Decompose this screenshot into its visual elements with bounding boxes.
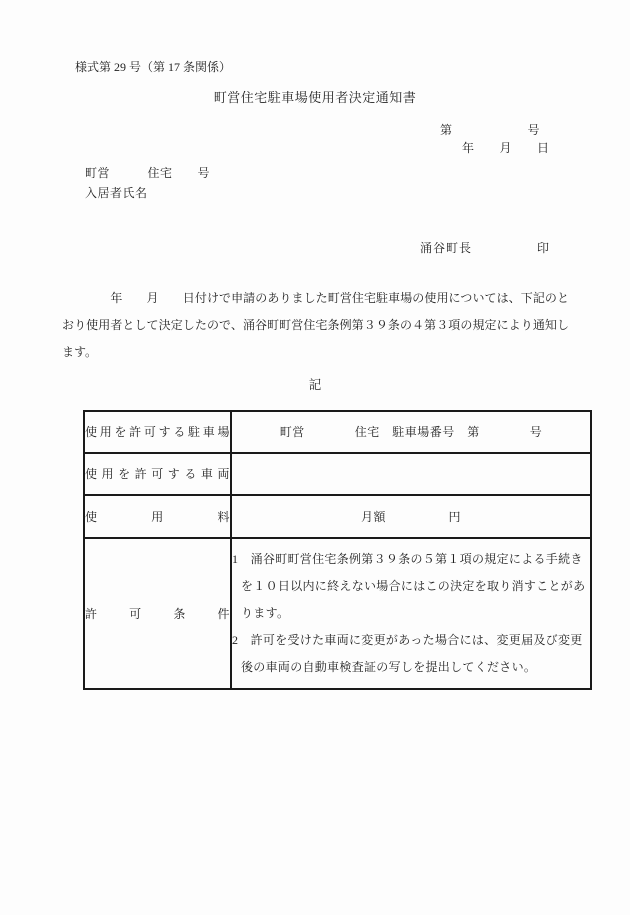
table-row-parking-space: 使用を許可する駐車場 町営 住宅 駐車場番号 第 号 bbox=[84, 411, 591, 453]
label-fee: 使用料 bbox=[84, 495, 231, 538]
table-row-conditions: 許可条件 1 涌谷町町営住宅条例第３９条の５第１項の規定による手続きを１０日以内… bbox=[84, 538, 591, 689]
document-title: 町営住宅駐車場使用者決定通知書 bbox=[0, 90, 630, 106]
decision-table: 使用を許可する駐車場 町営 住宅 駐車場番号 第 号 使用を許可する車両 使用料… bbox=[83, 410, 592, 690]
body-paragraph: 年 月 日付けで申請のありました町営住宅駐車場の使用については、下記のとおり使用… bbox=[62, 285, 569, 366]
value-parking-space: 町営 住宅 駐車場番号 第 号 bbox=[231, 411, 591, 453]
document-page: 様式第 29 号（第 17 条関係） 町営住宅駐車場使用者決定通知書 第 号 年… bbox=[0, 0, 630, 915]
date-line: 年 月 日 bbox=[462, 140, 550, 156]
mayor-name-label: 涌谷町長 bbox=[420, 240, 472, 256]
label-parking-space: 使用を許可する駐車場 bbox=[84, 411, 231, 453]
condition-item-1: 1 涌谷町町営住宅条例第３９条の５第１項の規定による手続きを１０日以内に終えない… bbox=[232, 546, 590, 627]
record-marker: 記 bbox=[0, 377, 630, 393]
condition-item-2: 2 許可を受けた車両に変更があった場合には、変更届及び変更後の車両の自動車検査証… bbox=[232, 627, 590, 681]
label-conditions: 許可条件 bbox=[84, 538, 231, 689]
housing-number-line: 町営 住宅 号 bbox=[85, 165, 210, 181]
seal-mark: 印 bbox=[537, 240, 549, 256]
value-conditions: 1 涌谷町町営住宅条例第３９条の５第１項の規定による手続きを１０日以内に終えない… bbox=[231, 538, 591, 689]
label-vehicle: 使用を許可する車両 bbox=[84, 453, 231, 495]
resident-name-label: 入居者氏名 bbox=[85, 185, 148, 201]
doc-number-line: 第 号 bbox=[440, 122, 540, 138]
table-row-vehicle: 使用を許可する車両 bbox=[84, 453, 591, 495]
value-fee: 月額 円 bbox=[231, 495, 591, 538]
value-vehicle bbox=[231, 453, 591, 495]
form-number: 様式第 29 号（第 17 条関係） bbox=[75, 59, 231, 75]
table-row-fee: 使用料 月額 円 bbox=[84, 495, 591, 538]
